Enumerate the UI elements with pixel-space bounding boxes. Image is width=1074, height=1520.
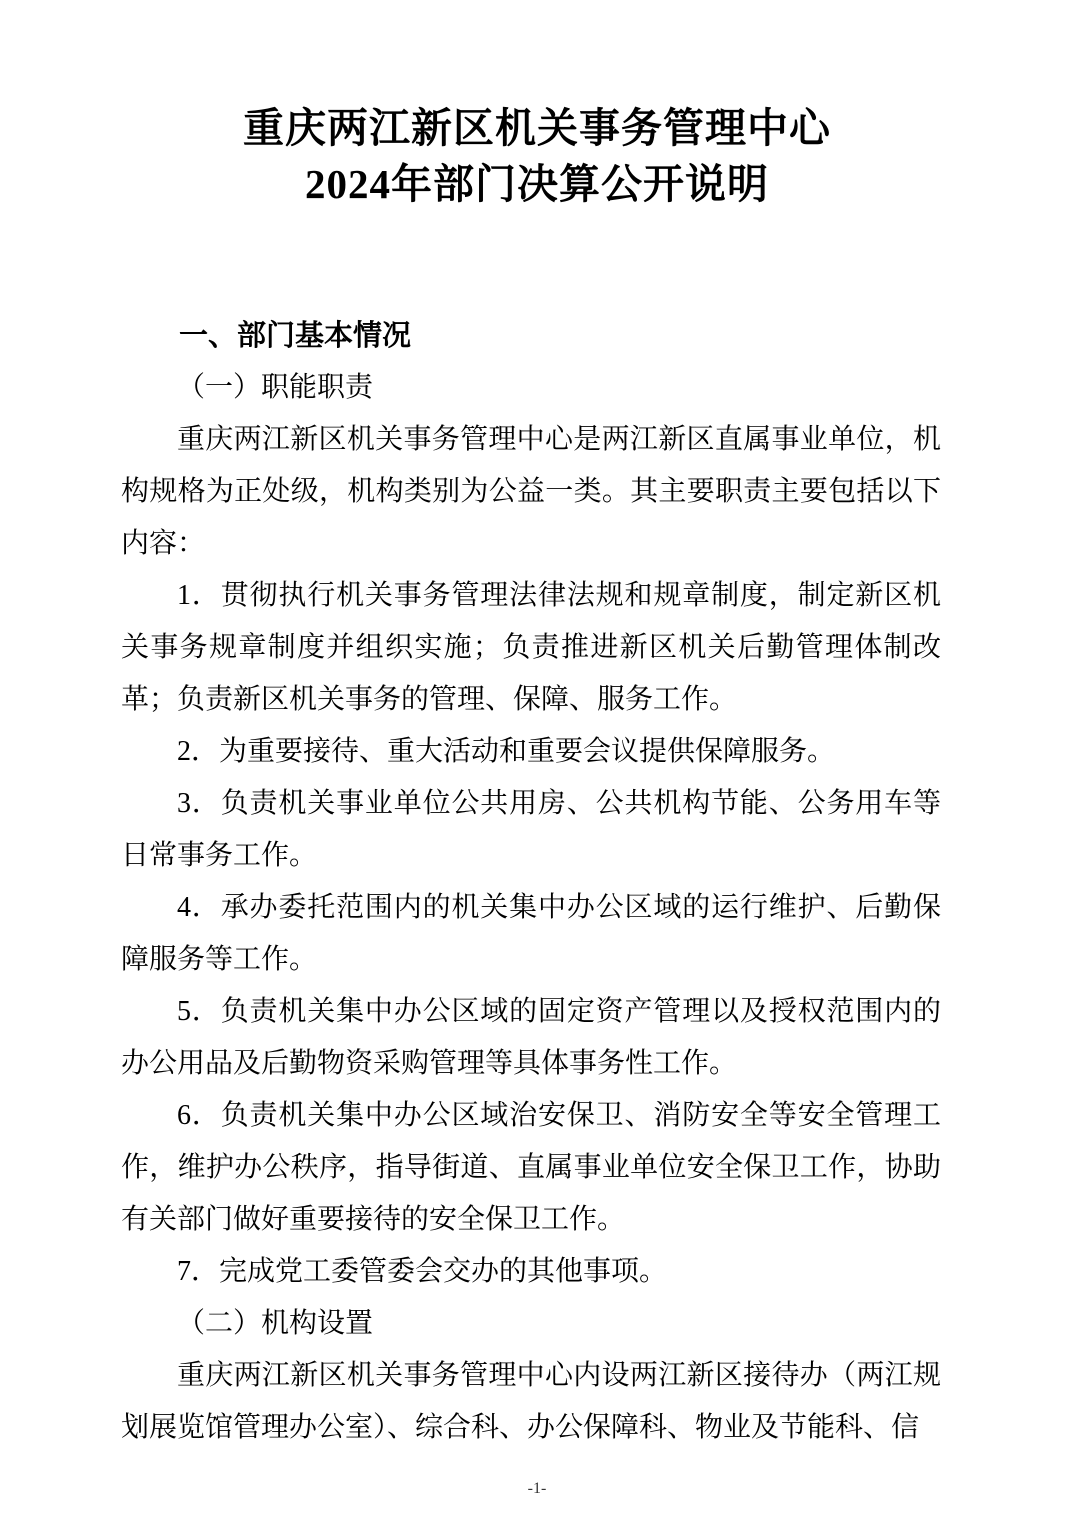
document-page: 重庆两江新区机关事务管理中心 2024年部门决算公开说明 一、部门基本情况 （一… xyxy=(0,0,1074,1520)
document-title-line1: 重庆两江新区机关事务管理中心 xyxy=(0,100,1074,156)
document-title: 重庆两江新区机关事务管理中心 2024年部门决算公开说明 xyxy=(0,100,1074,212)
paragraph-intro: 重庆两江新区机关事务管理中心是两江新区直属事业单位，机构规格为正处级，机构类别为… xyxy=(121,414,941,570)
paragraph-duty-7: 7．完成党工委管委会交办的其他事项。 xyxy=(121,1246,941,1298)
subsection-heading-org-structure: （二）机构设置 xyxy=(121,1298,941,1350)
page-number: -1- xyxy=(0,1480,1074,1498)
paragraph-duty-4: 4．承办委托范围内的机关集中办公区域的运行维护、后勤保障服务等工作。 xyxy=(121,882,941,986)
paragraph-duty-2: 2．为重要接待、重大活动和重要会议提供保障服务。 xyxy=(121,726,941,778)
document-title-line2: 2024年部门决算公开说明 xyxy=(0,156,1074,212)
paragraph-duty-3: 3．负责机关事业单位公共用房、公共机构节能、公务用车等日常事务工作。 xyxy=(121,778,941,882)
paragraph-duty-6: 6．负责机关集中办公区域治安保卫、消防安全等安全管理工作，维护办公秩序，指导街道… xyxy=(121,1090,941,1246)
section-heading-basic-info: 一、部门基本情况 xyxy=(121,310,941,362)
document-body: 一、部门基本情况 （一）职能职责 重庆两江新区机关事务管理中心是两江新区直属事业… xyxy=(121,310,941,1454)
subsection-heading-duties: （一）职能职责 xyxy=(121,362,941,414)
paragraph-duty-1: 1．贯彻执行机关事务管理法律法规和规章制度，制定新区机关事务规章制度并组织实施；… xyxy=(121,570,941,726)
paragraph-org-structure: 重庆两江新区机关事务管理中心内设两江新区接待办（两江规划展览馆管理办公室）、综合… xyxy=(121,1350,941,1454)
paragraph-duty-5: 5．负责机关集中办公区域的固定资产管理以及授权范围内的办公用品及后勤物资采购管理… xyxy=(121,986,941,1090)
